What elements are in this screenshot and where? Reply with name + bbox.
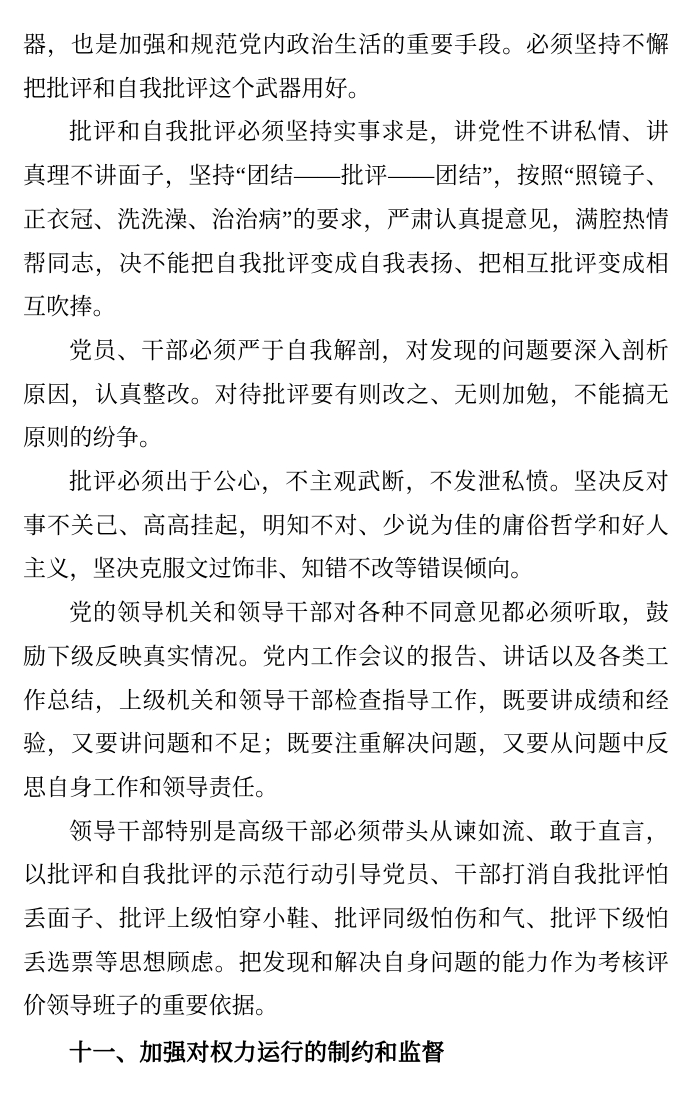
paragraph-continuation: 器，也是加强和规范党内政治生活的重要手段。必须坚持不懈把批评和自我批评这个武器用… <box>23 23 669 110</box>
paragraph: 党员、干部必须严于自我解剖，对发现的问题要深入剖析原因，认真整改。对待批评要有则… <box>23 329 669 460</box>
paragraph: 领导干部特别是高级干部必须带头从谏如流、敢于直言，以批评和自我批评的示范行动引导… <box>23 810 669 1029</box>
paragraph: 批评和自我批评必须坚持实事求是，讲党性不讲私情、讲真理不讲面子，坚持“团结——批… <box>23 110 669 329</box>
document-page: 器，也是加强和规范党内政治生活的重要手段。必须坚持不懈把批评和自我批评这个武器用… <box>0 0 691 1096</box>
paragraph: 党的领导机关和领导干部对各种不同意见都必须听取，鼓励下级反映真实情况。党内工作会… <box>23 591 669 810</box>
section-heading: 十一、加强对权力运行的制约和监督 <box>23 1030 669 1075</box>
document-body: 器，也是加强和规范党内政治生活的重要手段。必须坚持不懈把批评和自我批评这个武器用… <box>23 23 669 1075</box>
paragraph: 批评必须出于公心，不主观武断，不发泄私愤。坚决反对事不关己、高高挂起，明知不对、… <box>23 460 669 591</box>
